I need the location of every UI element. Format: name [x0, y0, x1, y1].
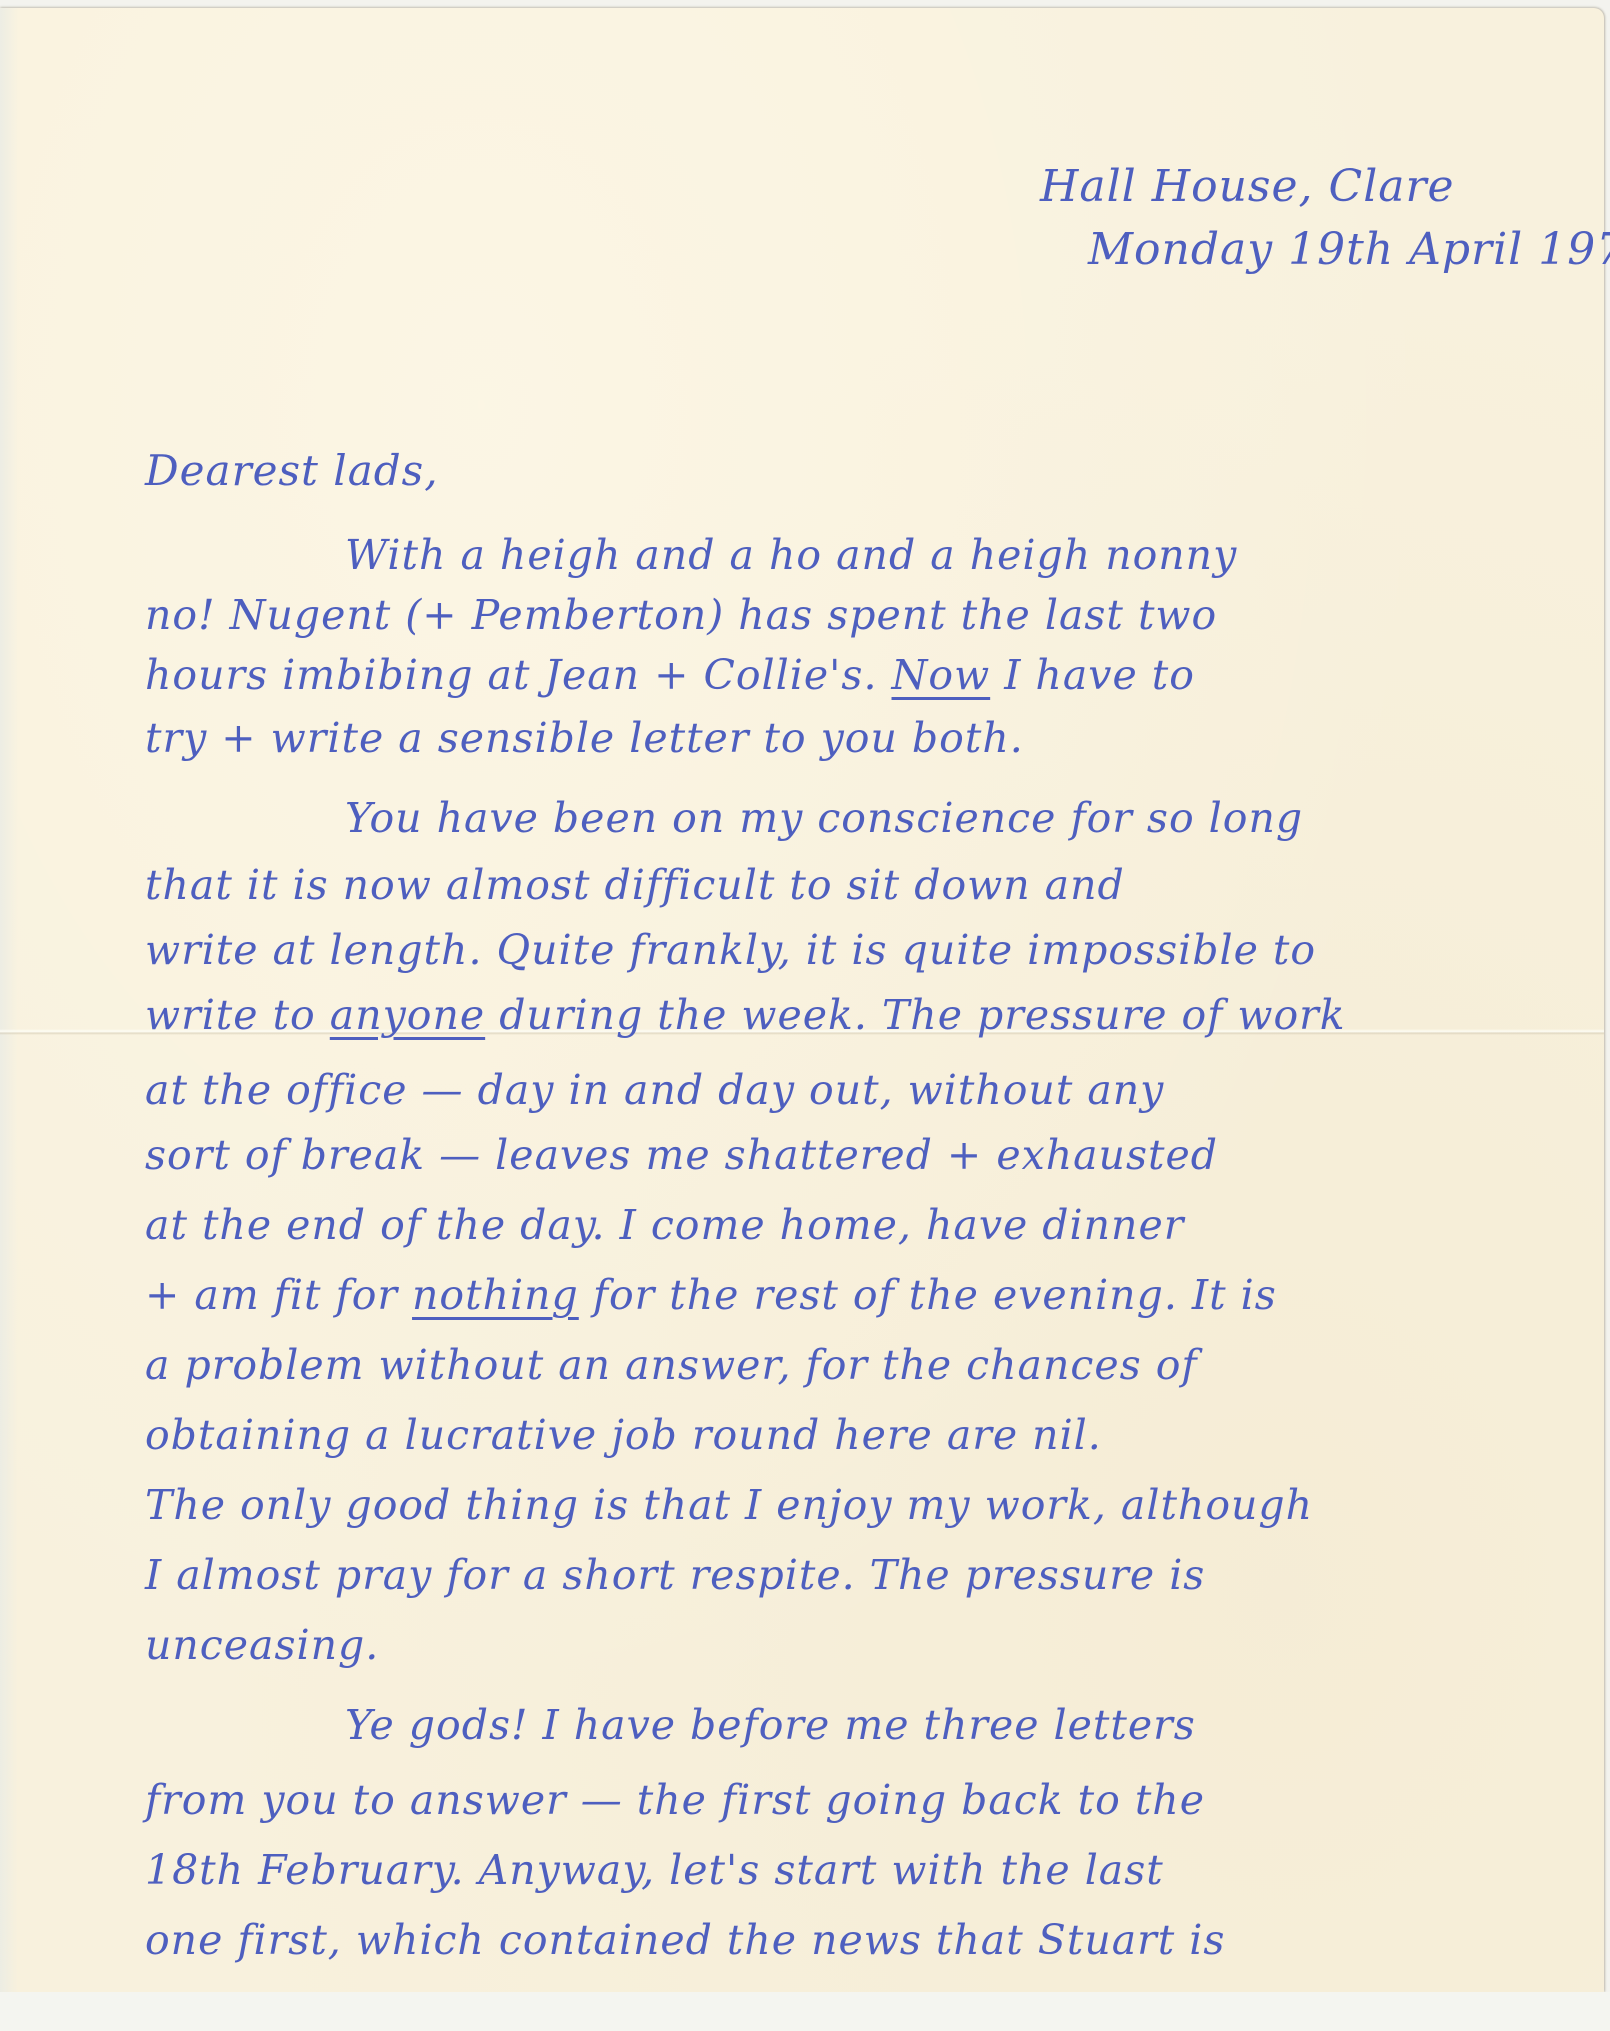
letter-line-2: no! Nugent (+ Pemberton) has spent the l…: [145, 595, 1217, 636]
letter-line-9: at the office — day in and day out, with…: [145, 1070, 1164, 1111]
letter-line-1: With a heigh and a ho and a heigh nonny: [345, 535, 1237, 576]
letter-line-8: write to anyone during the week. The pre…: [145, 995, 1346, 1036]
letter-line-14: obtaining a lucrative job round here are…: [145, 1415, 1102, 1456]
letter-line-21: one first, which contained the news that…: [145, 1920, 1225, 1961]
letter-line-12: + am fit for nothing for the rest of the…: [145, 1275, 1277, 1316]
underlined-word-anyone: anyone: [330, 991, 485, 1039]
letter-line-11: at the end of the day. I come home, have…: [145, 1205, 1184, 1246]
page-edge-shadow: [0, 8, 18, 1992]
letter-line-4: try + write a sensible letter to you bot…: [145, 718, 1024, 759]
letter-date: Monday 19th April 1976: [1088, 228, 1610, 272]
letter-line-20: 18th February. Anyway, let's start with …: [145, 1850, 1164, 1891]
underlined-word-nothing: nothing: [412, 1271, 579, 1319]
letter-line-3: hours imbibing at Jean + Collie's. Now I…: [145, 655, 1195, 696]
letter-line-5: You have been on my conscience for so lo…: [345, 798, 1303, 839]
underlined-word-now: Now: [892, 651, 991, 699]
letter-salutation: Dearest lads,: [145, 450, 439, 492]
letter-line-19: from you to answer — the first going bac…: [145, 1780, 1205, 1821]
letter-line-18: Ye gods! I have before me three letters: [345, 1705, 1196, 1746]
letter-line-16: I almost pray for a short respite. The p…: [145, 1555, 1205, 1596]
letter-line-15: The only good thing is that I enjoy my w…: [145, 1485, 1313, 1526]
letter-line-6: that it is now almost difficult to sit d…: [145, 865, 1125, 906]
scanner-background: [0, 1992, 1610, 2031]
letter-address: Hall House, Clare: [1040, 165, 1455, 209]
letter-line-10: sort of break — leaves me shattered + ex…: [145, 1135, 1218, 1176]
letter-line-7: write at length. Quite frankly, it is qu…: [145, 930, 1316, 971]
letter-line-13: a problem without an answer, for the cha…: [145, 1345, 1198, 1386]
letter-line-17: unceasing.: [145, 1625, 379, 1666]
